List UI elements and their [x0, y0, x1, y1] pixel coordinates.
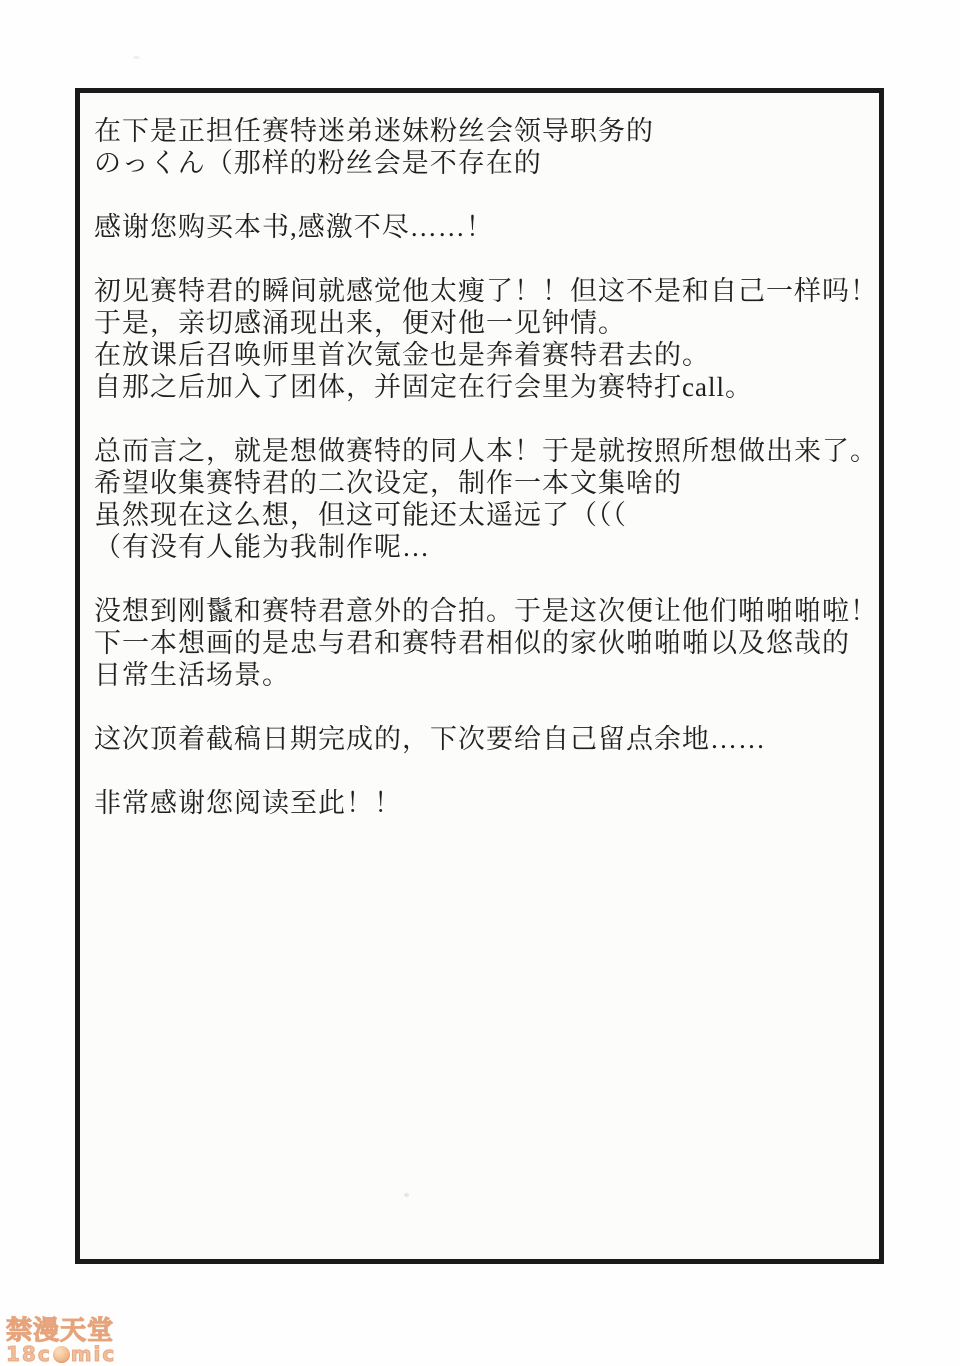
afterword-line: のっくん（那样的粉丝会是不存在的: [94, 147, 871, 179]
comic-logo-ball-icon: [53, 1346, 70, 1363]
paragraph: 感谢您购买本书,感激不尽……！: [94, 211, 871, 243]
afterword-line: 非常感谢您阅读至此！！: [94, 787, 871, 819]
watermark-cn-text: 禁漫天堂: [6, 1318, 116, 1345]
paragraph: 没想到刚鬣和赛特君意外的合拍。于是这次便让他们啪啪啪啦！下一本想画的是忠与君和赛…: [94, 595, 871, 691]
afterword-page-frame: 在下是正担任赛特迷弟迷妹粉丝会领导职务的のっくん（那样的粉丝会是不存在的感谢您购…: [75, 88, 884, 1264]
paragraph: 这次顶着截稿日期完成的，下次要给自己留点余地……: [94, 723, 871, 755]
afterword-line: 于是，亲切感涌现出来，便对他一见钟情。: [94, 307, 871, 339]
paragraph: 初见赛特君的瞬间就感觉他太瘦了！！但这不是和自己一样吗！于是，亲切感涌现出来，便…: [94, 275, 871, 403]
afterword-line: 没想到刚鬣和赛特君意外的合拍。于是这次便让他们啪啪啪啦！: [94, 595, 871, 627]
afterword-line: 这次顶着截稿日期完成的，下次要给自己留点余地……: [94, 723, 871, 755]
watermark-en-suffix: mic: [71, 1344, 117, 1364]
afterword-line: 感谢您购买本书,感激不尽……！: [94, 211, 871, 243]
afterword-text: 在下是正担任赛特迷弟迷妹粉丝会领导职务的のっくん（那样的粉丝会是不存在的感谢您购…: [80, 93, 879, 819]
watermark-en-prefix: 18c: [6, 1344, 52, 1364]
afterword-line: （有没有人能为我制作呢…: [94, 531, 871, 563]
afterword-line: 希望收集赛特君的二次设定，制作一本文集啥的: [94, 467, 871, 499]
paragraph: 非常感谢您阅读至此！！: [94, 787, 871, 819]
watermark-en-text: 18c mic: [6, 1344, 116, 1364]
afterword-line: 初见赛特君的瞬间就感觉他太瘦了！！但这不是和自己一样吗！: [94, 275, 871, 307]
scan-speck: [133, 56, 140, 59]
afterword-line: 在放课后召唤师里首次氪金也是奔着赛特君去的。: [94, 339, 871, 371]
afterword-line: 总而言之，就是想做赛特的同人本！于是就按照所想做出来了。: [94, 435, 871, 467]
afterword-line: 自那之后加入了团体，并固定在行会里为赛特打call。: [94, 371, 871, 403]
scan-speck: [404, 1193, 409, 1197]
afterword-line: 下一本想画的是忠与君和赛特君相似的家伙啪啪啪以及悠哉的: [94, 627, 871, 659]
afterword-line: 在下是正担任赛特迷弟迷妹粉丝会领导职务的: [94, 115, 871, 147]
afterword-line: 日常生活场景。: [94, 659, 871, 691]
watermark-18comic: 禁漫天堂 18c mic: [6, 1318, 116, 1364]
paragraph: 总而言之，就是想做赛特的同人本！于是就按照所想做出来了。希望收集赛特君的二次设定…: [94, 435, 871, 563]
afterword-line: 虽然现在这么想，但这可能还太遥远了（（（: [94, 499, 871, 531]
paragraph: 在下是正担任赛特迷弟迷妹粉丝会领导职务的のっくん（那样的粉丝会是不存在的: [94, 115, 871, 179]
